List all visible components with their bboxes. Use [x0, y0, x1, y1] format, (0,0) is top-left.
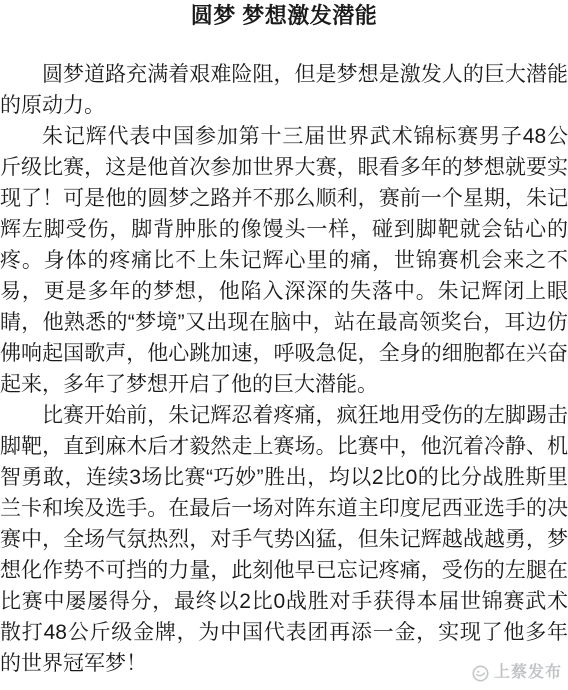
- article-paragraph: 圆梦道路充满着艰难险阻，但是梦想是激发人的巨大潜能的原动力。: [0, 59, 568, 121]
- article-page: 圆梦 梦想激发潜能 圆梦道路充满着艰难险阻，但是梦想是激发人的巨大潜能的原动力。…: [0, 0, 568, 690]
- article-title: 圆梦 梦想激发潜能: [0, 3, 568, 29]
- publisher-logo-icon: [472, 665, 489, 682]
- publisher-watermark-label: 上蔡发布: [494, 664, 562, 682]
- article-paragraph: 比赛开始前，朱记辉忍着疼痛，疯狂地用受伤的左脚踢击脚靶，直到麻木后才毅然走上赛场…: [0, 400, 568, 679]
- article-body: 圆梦道路充满着艰难险阻，但是梦想是激发人的巨大潜能的原动力。 朱记辉代表中国参加…: [0, 59, 568, 679]
- article-paragraph: 朱记辉代表中国参加第十三届世界武术锦标赛男子48公斤级比赛，这是他首次参加世界大…: [0, 121, 568, 400]
- publisher-watermark: 上蔡发布: [472, 664, 562, 682]
